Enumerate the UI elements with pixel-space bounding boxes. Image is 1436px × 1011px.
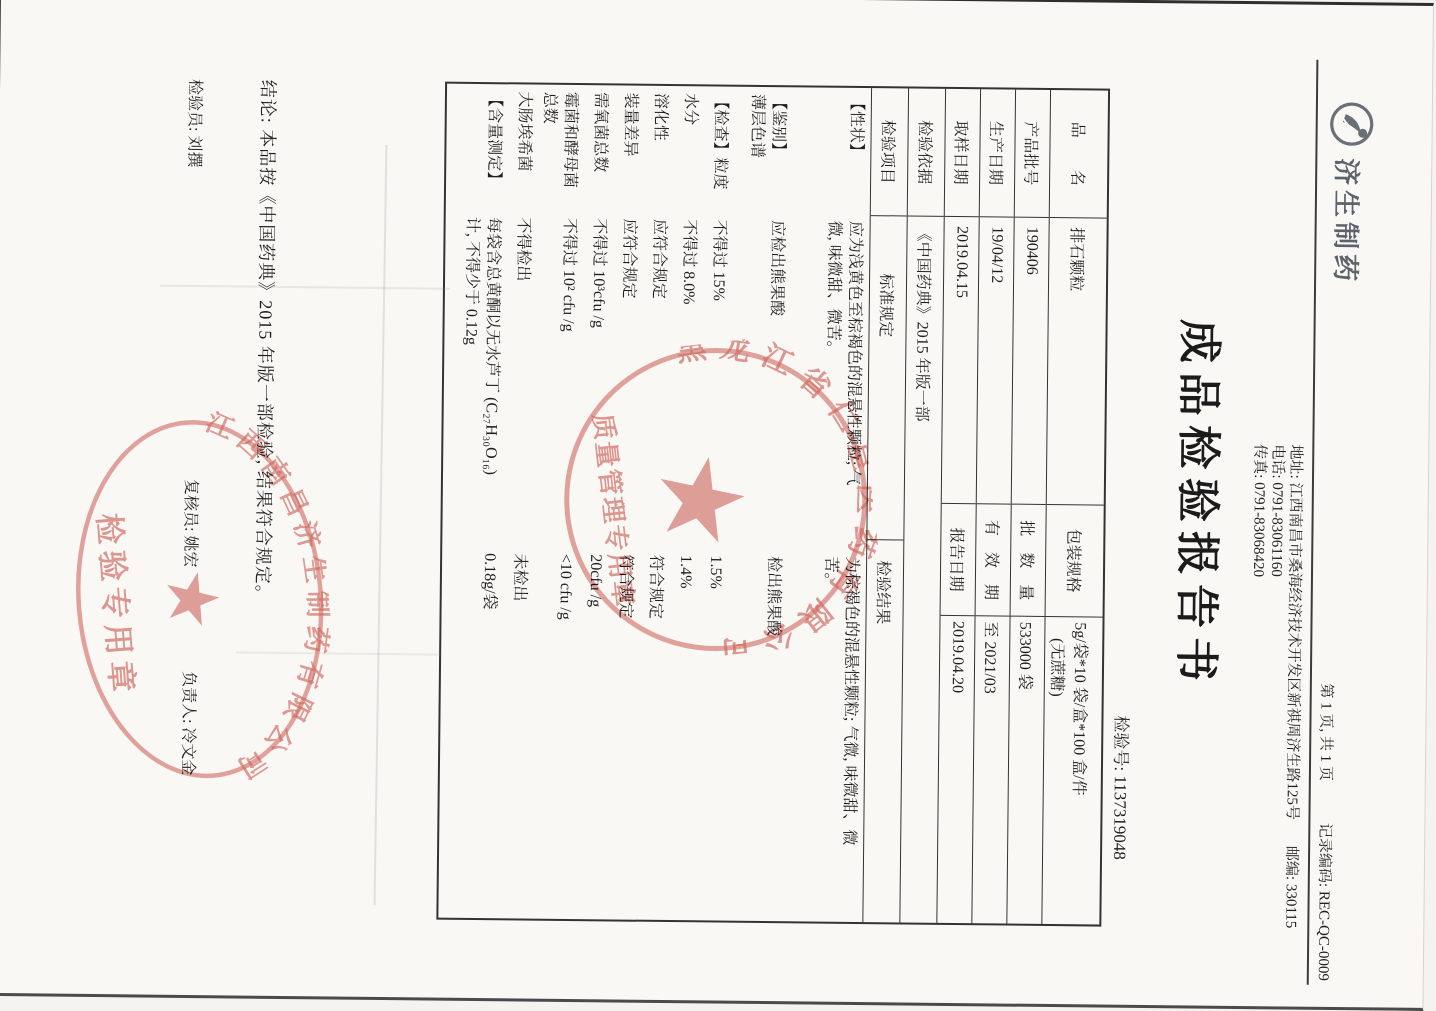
fold-crease-horizontal <box>374 145 388 905</box>
item-standard: 每袋含总黄酮以无水芦丁 (C₂₇H₃₀O₁₆) 计, 不得少于 0.12g <box>442 212 507 537</box>
item-name-text: 霉菌和酵母菌总数 <box>538 92 581 192</box>
label-product-name: 品 名 <box>1050 90 1108 219</box>
label-inspection-basis: 检验依据 <box>908 89 945 217</box>
value-sampling-date: 2019.04.15 <box>942 217 979 504</box>
item-result: 未检出 <box>500 536 534 918</box>
column-header-standard: 标准规定 <box>867 216 906 540</box>
item-standard: 不得检出 <box>504 212 537 536</box>
company-logo: 济生制药 <box>1321 100 1376 287</box>
page-info-line: 第 1 页, 共 1 页记录编码: REC-QC-0009 <box>1314 683 1338 981</box>
stamp-label: 检验专用章 <box>91 512 140 699</box>
company-logo-text: 济生制药 <box>1328 158 1368 286</box>
value-product-name: 排石颗粒 <box>1047 218 1107 506</box>
report-number-label: 检验号: <box>1111 715 1131 771</box>
value-batch-no: 190406 <box>1012 218 1049 505</box>
letterhead-contact-block: 地址: 江西南昌市桑海经济技术开发区新祺周济生路125号邮编: 330115 电… <box>1245 444 1304 928</box>
value-inspection-basis: 《中国药典》2015 年版一部 <box>900 217 943 923</box>
item-name: 需氧菌总数 <box>584 85 615 213</box>
item-name: 水分 <box>674 86 705 214</box>
postcode-text: 邮编: 330115 <box>1282 846 1299 929</box>
pack-spec-line2: (无蔗糖) <box>1046 622 1071 796</box>
record-code: 记录编码: REC-QC-0009 <box>1315 823 1333 981</box>
label-sampling-date: 取样日期 <box>945 89 980 217</box>
page-number: 第 1 页, 共 1 页 <box>1317 683 1334 781</box>
item-row-assay: 【含量测定】 每袋含总黄酮以无水芦丁 (C₂₇H₃₀O₁₆) 计, 不得少于 0… <box>438 84 509 919</box>
value-batch-qty: 533000 袋 <box>1007 617 1044 924</box>
item-name-text: 【鉴别】薄层色谱 <box>746 94 789 164</box>
star-icon: ★ <box>150 566 232 634</box>
item-name: 装量差异 <box>614 85 645 213</box>
value-report-date: 2019.04.20 <box>937 616 974 923</box>
stamp-quality-management: 黑龙江省仁皇医药有限公司 ★ 质量管理专用章 <box>543 327 888 672</box>
item-name: 【含量测定】 <box>446 84 509 213</box>
item-result: 0.18g/袋 <box>438 536 504 919</box>
label-batch-qty: 批 数 量 <box>1011 505 1046 617</box>
report-title: 成品检验报告书 <box>1164 3 1238 1006</box>
label-pack-spec: 包装规格 <box>1046 505 1104 618</box>
item-standard-text: 每袋含总黄酮以无水芦丁 (C₂₇H₃₀O₁₆) 计, 不得少于 0.12g <box>459 217 504 493</box>
label-batch-no: 产品批号 <box>1015 90 1050 218</box>
item-name: 大肠埃希菌 <box>508 84 539 212</box>
item-name: 霉菌和酵母菌总数 <box>538 85 585 213</box>
stamp-inspection-seal: 江西南昌济生制药有限公司 ★ 检验专用章 <box>57 404 343 795</box>
item-name: 【性状】 <box>792 87 871 216</box>
report-number-line: 检验号: 1137319048 <box>1109 715 1136 860</box>
pack-spec-line1: 5g/袋*10 袋/盒*100 盒/件 <box>1070 622 1089 796</box>
star-icon: ★ <box>634 444 768 558</box>
table-row-product: 品 名 排石颗粒 包装规格 5g/袋*10 袋/盒*100 盒/件 (无蔗糖) <box>1041 90 1108 925</box>
value-pack-spec: 5g/袋*10 袋/盒*100 盒/件 (无蔗糖) <box>1042 617 1102 925</box>
value-expiry-date: 至 2021/03 <box>972 616 1009 923</box>
document-page: 济生制药 第 1 页, 共 1 页记录编码: REC-QC-0009 地址: 江… <box>0 0 1434 1008</box>
item-name: 【检查】粒度 <box>704 86 735 214</box>
label-expiry-date: 有 效 期 <box>976 504 1011 616</box>
report-number-value: 1137319048 <box>1110 775 1130 860</box>
value-production-date: 19/04/12 <box>977 217 1014 504</box>
column-header-item: 检验项目 <box>871 88 908 216</box>
item-name: 溶化性 <box>644 86 675 214</box>
stamp-label: 质量管理专用章 <box>588 412 640 610</box>
label-production-date: 生产日期 <box>980 89 1015 217</box>
company-logo-icon <box>1322 100 1375 149</box>
signature-inspector: 检验员: 刘撰 <box>184 79 208 168</box>
label-report-date: 报告日期 <box>941 504 976 616</box>
item-name: 【鉴别】薄层色谱 <box>734 87 793 216</box>
address-text: 地址: 江西南昌市桑海经济技术开发区新祺周济生路125号 <box>1283 444 1303 820</box>
